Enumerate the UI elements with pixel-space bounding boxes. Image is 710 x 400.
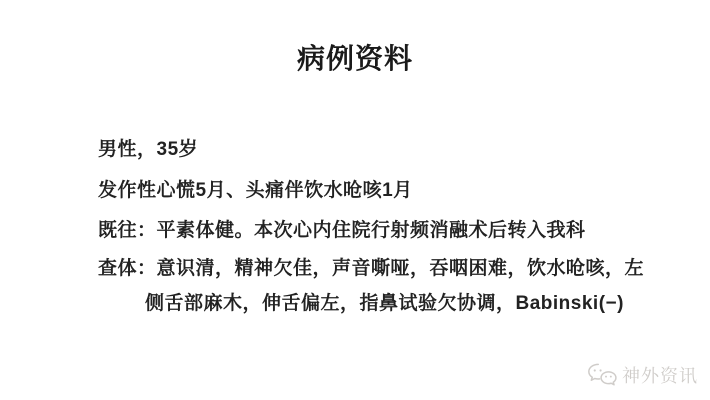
case-line-exam-1: 查体：意识清，精神欠佳，声音嘶哑，吞咽困难，饮水呛咳，左 (98, 258, 644, 279)
watermark-text: 神外资讯 (622, 362, 698, 388)
case-slide: 病例资料 男性，35岁 发作性心慌5月、头痛伴饮水呛咳1月 既往：平素体健。本次… (0, 0, 710, 400)
slide-title: 病例资料 (0, 42, 710, 76)
wechat-icon (587, 362, 617, 388)
case-line-history: 既往：平素体健。本次心内住院行射频消融术后转入我科 (98, 220, 586, 241)
case-line-gender-age: 男性，35岁 (98, 139, 198, 160)
watermark: 神外资讯 (587, 362, 698, 388)
case-line-chief-complaint: 发作性心慌5月、头痛伴饮水呛咳1月 (98, 180, 413, 201)
case-line-exam-2: 侧舌部麻木，伸舌偏左，指鼻试验欠协调，Babinski(−) (145, 293, 624, 314)
